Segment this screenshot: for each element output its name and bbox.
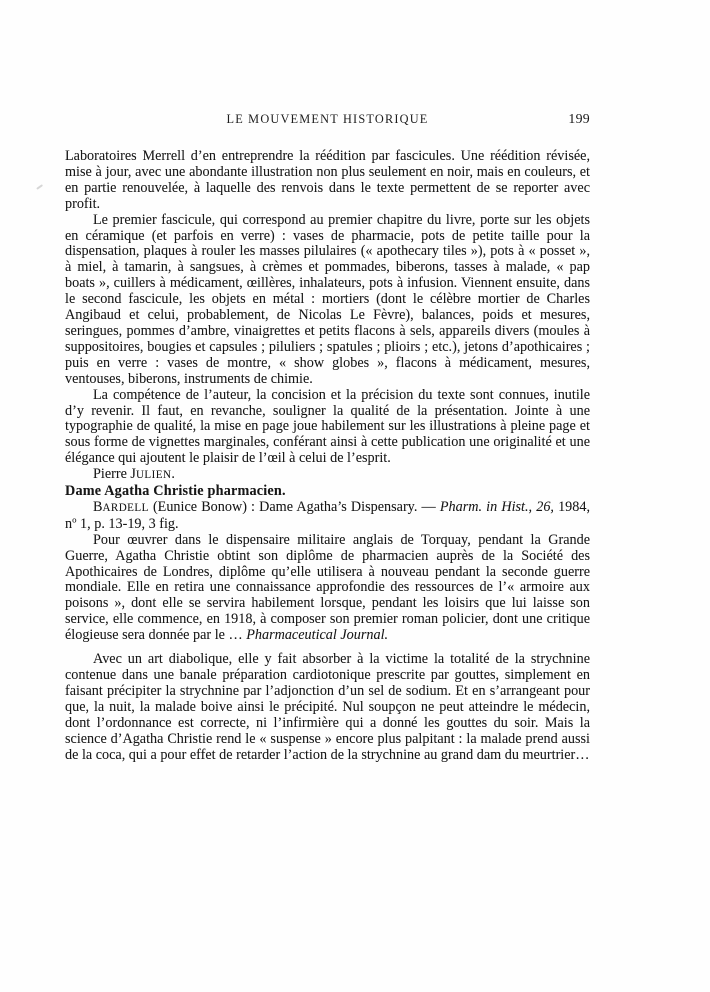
running-header: LE MOUVEMENT HISTORIQUE 199 xyxy=(65,112,590,128)
text-segment: Le premier fascicule, qui correspond au … xyxy=(65,212,590,387)
text-segment: La compétence de l’auteur, la concision … xyxy=(65,387,590,467)
bibliographic-reference: Bardell (Eunice Bonow) : Dame Agatha’s D… xyxy=(65,500,590,533)
paragraph: Laboratoires Merrell d’en entreprendre l… xyxy=(65,149,590,213)
text-segment: Laboratoires Merrell d’en entreprendre l… xyxy=(65,148,590,212)
second-review: Dame Agatha Christie pharmacien. Bardell… xyxy=(65,484,590,763)
paragraph: Avec un art diabolique, elle y fait abso… xyxy=(65,652,590,763)
scan-artifact xyxy=(36,184,43,189)
paragraph: La compétence de l’auteur, la concision … xyxy=(65,388,590,468)
text-segment: Avec un art diabolique, elle y fait abso… xyxy=(65,651,590,762)
text-segment: Pharm. in Hist., xyxy=(440,499,532,515)
author-signature: Pierre Julien. xyxy=(65,467,590,484)
text-segment: . xyxy=(171,466,175,482)
running-title: LE MOUVEMENT HISTORIQUE xyxy=(65,112,590,127)
text-segment: Pharmaceutical Journal. xyxy=(246,627,388,643)
paragraph: Le premier fascicule, qui correspond au … xyxy=(65,213,590,388)
paragraph: Pour œuvrer dans le dispensaire militair… xyxy=(65,533,590,644)
page-number: 199 xyxy=(568,111,590,127)
text-column: LE MOUVEMENT HISTORIQUE 199 Laboratoires… xyxy=(65,112,590,763)
section-heading: Dame Agatha Christie pharmacien. xyxy=(65,484,590,500)
text-segment: ardell xyxy=(102,502,148,514)
journal-page: LE MOUVEMENT HISTORIQUE 199 Laboratoires… xyxy=(0,0,710,992)
text-segment: Pierre J xyxy=(93,466,136,482)
text-segment: 26, xyxy=(536,499,554,515)
text-segment: ulien xyxy=(136,469,171,481)
text-segment: 1, p. 13-19, 3 fig. xyxy=(77,516,179,532)
text-segment: (Eunice Bonow) : Dame Agatha’s Dispensar… xyxy=(149,499,440,515)
first-review: Laboratoires Merrell d’en entreprendre l… xyxy=(65,149,590,484)
